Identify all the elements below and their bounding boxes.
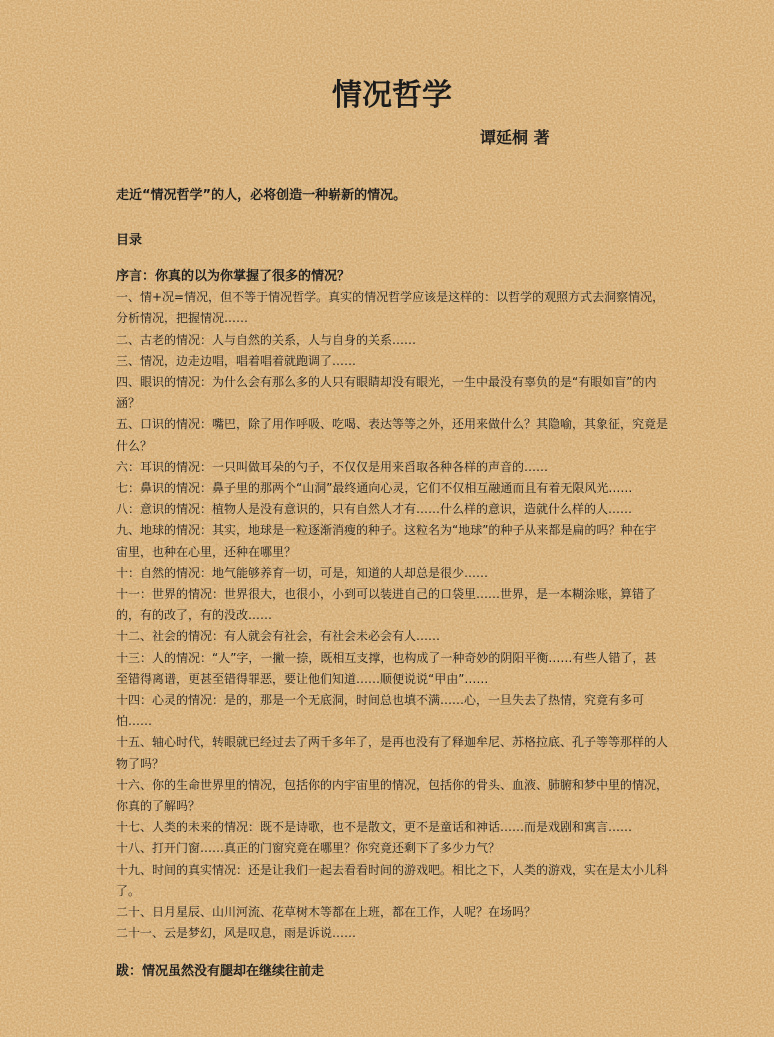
toc-preface: 序言：你真的以为你掌握了很多的情况？ — [116, 266, 668, 287]
postscript: 跋：情况虽然没有腿却在继续往前走 — [116, 961, 668, 982]
toc-heading: 目录 — [116, 230, 668, 251]
toc-item: 二十、日月星辰、山川河流、花草树木等都在上班，都在工作，人呢？在场吗？ — [116, 902, 668, 923]
toc-item: 一、情+况=情况，但不等于情况哲学。真实的情况哲学应该是这样的：以哲学的观照方式… — [116, 287, 668, 329]
toc-item: 九、地球的情况：其实，地球是一粒逐渐消瘦的种子。这粒名为“地球”的种子从来都是扁… — [116, 520, 668, 562]
toc-item: 二十一、云是梦幻，风是叹息，雨是诉说…… — [116, 923, 668, 944]
toc-item: 十一：世界的情况：世界很大，也很小，小到可以装进自己的口袋里……世界，是一本糊涂… — [116, 584, 668, 626]
toc-item: 十五、轴心时代，转眼就已经过去了两千多年了，是再也没有了释迦牟尼、苏格拉底、孔子… — [116, 732, 668, 774]
toc-item: 十二、社会的情况：有人就会有社会，有社会未必会有人…… — [116, 626, 668, 647]
toc-item: 八：意识的情况：植物人是没有意识的，只有自然人才有……什么样的意识，造就什么样的… — [116, 499, 668, 520]
toc-item: 十：自然的情况：地气能够养育一切，可是，知道的人却总是很少…… — [116, 563, 668, 584]
book-title: 情况哲学 — [116, 80, 668, 112]
author-byline: 谭延桐 著 — [480, 128, 668, 147]
toc-item: 五、口识的情况：嘴巴，除了用作呼吸、吃喝、表达等等之外，还用来做什么？其隐喻，其… — [116, 414, 668, 456]
toc-item: 十七、人类的未来的情况：既不是诗歌，也不是散文，更不是童话和神话……而是戏剧和寓… — [116, 817, 668, 838]
toc-item: 十四：心灵的情况：是的，那是一个无底洞，时间总也填不满……心，一旦失去了热情，究… — [116, 690, 668, 732]
toc-item: 七：鼻识的情况：鼻子里的那两个“山洞”最终通向心灵，它们不仅相互融通而且有着无限… — [116, 478, 668, 499]
toc-item: 二、古老的情况：人与自然的关系，人与自身的关系…… — [116, 330, 668, 351]
toc-item: 六：耳识的情况：一只叫做耳朵的勺子，不仅仅是用来舀取各种各样的声音的…… — [116, 457, 668, 478]
toc-item: 十三：人的情况：“人”字，一撇一捺，既相互支撑，也构成了一种奇妙的阴阳平衡……有… — [116, 648, 668, 690]
toc-item: 十九、时间的真实情况：还是让我们一起去看看时间的游戏吧。相比之下，人类的游戏，实… — [116, 860, 668, 902]
document-page: 情况哲学 谭延桐 著 走近“情况哲学”的人，必将创造一种崭新的情况。 目录 序言… — [0, 0, 774, 1037]
toc-item: 四、眼识的情况：为什么会有那么多的人只有眼睛却没有眼光，一生中最没有辜负的是“有… — [116, 372, 668, 414]
toc-item: 十六、你的生命世界里的情况，包括你的内宇宙里的情况，包括你的骨头、血液、肺腑和梦… — [116, 775, 668, 817]
epigraph: 走近“情况哲学”的人，必将创造一种崭新的情况。 — [116, 185, 668, 206]
document-content: 情况哲学 谭延桐 著 走近“情况哲学”的人，必将创造一种崭新的情况。 目录 序言… — [116, 0, 668, 982]
toc-item: 十八、打开门窗……真正的门窗究竟在哪里？你究竟还剩下了多少力气？ — [116, 838, 668, 859]
toc-list: 序言：你真的以为你掌握了很多的情况？ 一、情+况=情况，但不等于情况哲学。真实的… — [116, 266, 668, 945]
toc-item: 三、情况，边走边唱，唱着唱着就跑调了…… — [116, 351, 668, 372]
